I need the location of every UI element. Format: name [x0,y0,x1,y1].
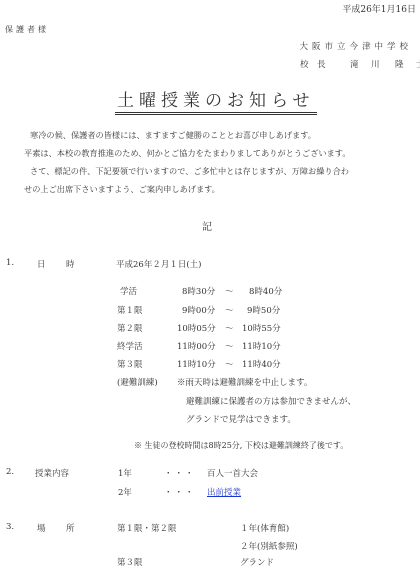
principal-family-name: 滝 川 [350,58,382,70]
location-period: 第３限 [117,556,143,568]
content-grade: 2年 [118,486,132,498]
demo-class-link[interactable]: 出前授業 [207,486,241,498]
section3-label-a: 場 [37,522,46,534]
school-name: 大阪市立今津中学校 [299,40,412,52]
schedule-end: 11時40分 [242,358,281,370]
section1-label-b: 時 [66,258,75,270]
principal-title: 校 長 [300,58,326,70]
drill-label: (避難訓練) [117,376,158,388]
schedule-start: 10時05分 [177,322,216,334]
body-paragraph-2: 平素は、本校の教育推進のため、何かとご協力をたまわりましてありがとうございます。 [24,148,351,159]
principal-given-name: 隆 士 [395,58,420,70]
section2-number: 2. [6,467,14,477]
event-date: 平成26年２月１日(土) [116,258,201,270]
schedule-start: 8時30分 [182,285,215,297]
drill-note-parents: 避難訓練に保護者の方は参加できませんが、 [186,395,356,407]
body-paragraph-1: 寒冷の候、保護者の皆様には、ますますご健勝のこととお喜び申しあげます。 [30,130,316,141]
schedule-end: 10時55分 [242,322,281,334]
schedule-period: 第１限 [117,304,143,316]
schedule-start: 11時00分 [177,340,216,352]
arrival-note: ※ 生徒の登校時間は8時25分, 下校は避難訓練終了後です。 [134,440,348,451]
body-paragraph-4: せの上ご出席下さいますよう、ご案内申しあげます。 [24,184,220,195]
addressee: 保護者様 [5,24,49,35]
schedule-period: 終学活 [117,340,143,352]
schedule-sep: 〜 [225,285,234,297]
schedule-end: 8時40分 [249,285,282,297]
section3-label-b: 所 [66,522,75,534]
schedule-end: 11時10分 [242,340,281,352]
schedule-period: 第３限 [117,358,143,370]
location-place: ２年(別紙参照) [240,540,298,552]
schedule-start: 11時10分 [177,358,216,370]
schedule-period: 学活 [120,285,137,297]
schedule-sep: 〜 [225,340,234,352]
location-place: グランド [240,556,274,568]
section2-label: 授業内容 [35,467,69,479]
schedule-end: 9時50分 [247,304,280,316]
location-period: 第１限・第２限 [117,522,177,534]
schedule-period: 第２限 [117,322,143,334]
ki-heading: 記 [202,218,212,233]
section1-number: 1. [6,258,14,268]
location-place: １年(体育館) [240,522,289,534]
schedule-start: 9時00分 [182,304,215,316]
schedule-sep: 〜 [225,322,234,334]
drill-note-rain: ※雨天時は避難訓練を中止します。 [177,376,312,388]
page-title: 土曜授業のお知らせ [115,86,317,115]
schedule-sep: 〜 [225,304,234,316]
content-grade: 1年 [118,467,132,479]
issue-date: 平成26年1月16日 [342,2,416,15]
drill-note-observe: グランドで見学はできます。 [186,413,296,425]
body-paragraph-3: さて、標記の件、下記要領で行いますので、ご多忙中とは存じますが、万障お繰り合わ [30,166,349,177]
section1-label-a: 日 [37,258,46,270]
content-dots: ・・・ [164,486,196,498]
schedule-sep: 〜 [225,358,234,370]
content-dots: ・・・ [164,467,196,479]
section3-number: 3. [6,522,14,532]
content-item: 百人一首大会 [207,467,258,479]
